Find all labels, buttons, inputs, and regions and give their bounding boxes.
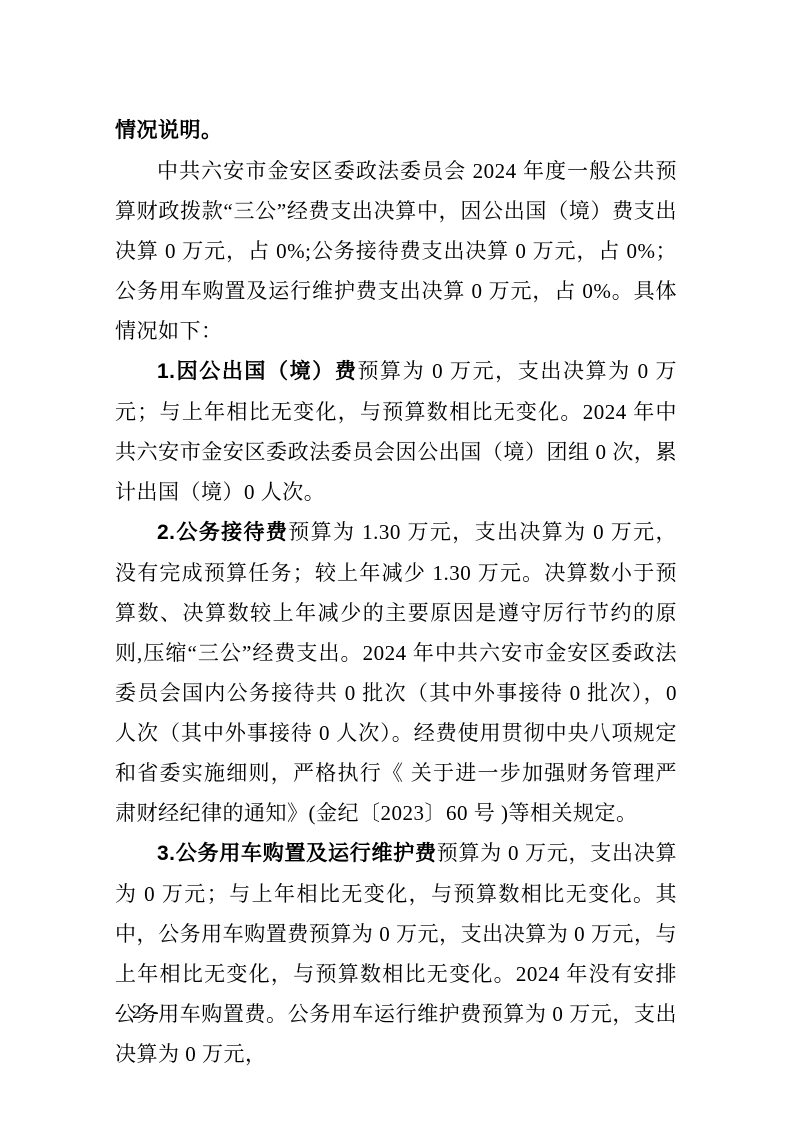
paragraph-text: 中共六安市金安区委政法委员会 2024 年度一般公共预算财政拨款“三公”经费支出… bbox=[115, 159, 677, 343]
document-body: 情况说明。 中共六安市金安区委政法委员会 2024 年度一般公共预算财政拨款“三… bbox=[115, 110, 677, 1074]
paragraph-overview: 中共六安市金安区委政法委员会 2024 年度一般公共预算财政拨款“三公”经费支出… bbox=[115, 151, 677, 351]
page-number: - 2 - bbox=[115, 1000, 162, 1026]
paragraph-item-2-reception-fee: 2.公务接待费预算为 1.30 万元，支出决算为 0 万元，没有完成预算任务；较… bbox=[115, 512, 677, 833]
paragraph-lead: 情况说明。 bbox=[115, 119, 223, 142]
paragraph-lead: 2.公务接待费 bbox=[157, 521, 288, 544]
paragraph-text: 预算为 1.30 万元，支出决算为 0 万元，没有完成预算任务；较上年减少 1.… bbox=[115, 520, 677, 825]
paragraph-item-3-vehicle-fee: 3.公务用车购置及运行维护费预算为 0 万元，支出决算为 0 万元；与上年相比无… bbox=[115, 833, 677, 1074]
paragraph-lead: 3.公务用车购置及运行维护费 bbox=[157, 842, 437, 865]
document-page: 情况说明。 中共六安市金安区委政法委员会 2024 年度一般公共预算财政拨款“三… bbox=[0, 0, 793, 1122]
paragraph-text: 预算为 0 万元，支出决算为 0 万元；与上年相比无变化，与预算数相比无变化。其… bbox=[115, 841, 677, 1066]
paragraph-situation-note: 情况说明。 bbox=[115, 110, 677, 151]
paragraph-item-1-abroad-fee: 1.因公出国（境）费预算为 0 万元，支出决算为 0 万元；与上年相比无变化，与… bbox=[115, 351, 677, 512]
paragraph-lead: 1.因公出国（境）费 bbox=[157, 360, 357, 383]
